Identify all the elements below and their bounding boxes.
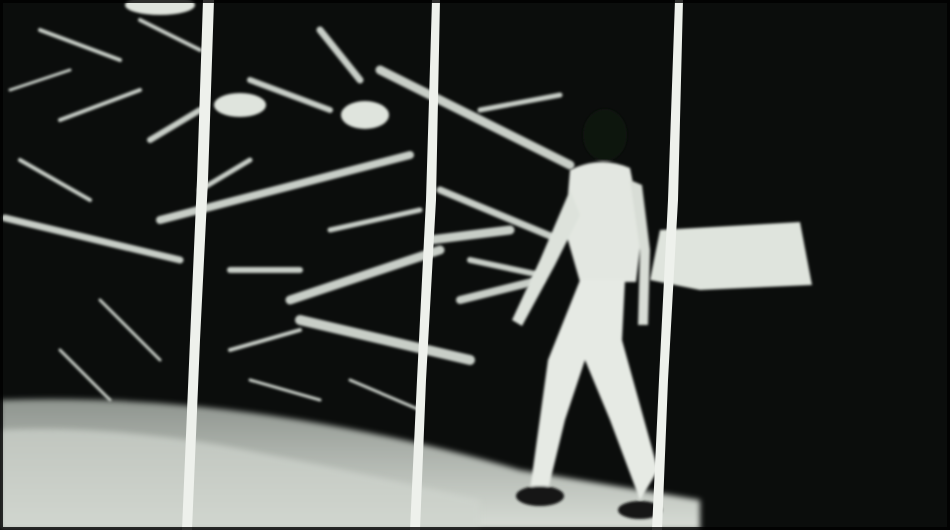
- scene: [0, 0, 950, 530]
- film-still: [0, 0, 950, 530]
